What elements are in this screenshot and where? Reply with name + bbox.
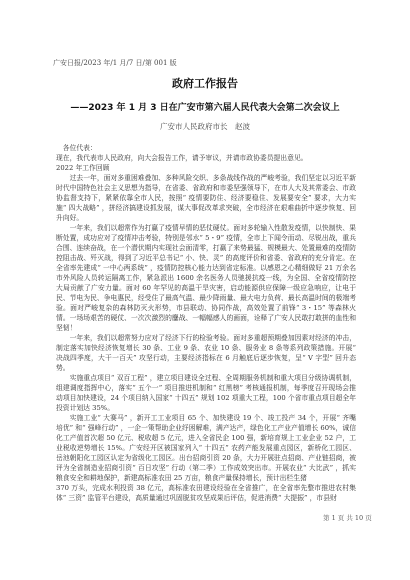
paragraph-intro: 现在，我代表市人民政府，向大会报告工作，请予审议，并请市政协委员提出意见。	[56, 153, 356, 163]
document-page: 广安日报/2023 年/1 月/7 日/第 001 版 政府工作报告 ——202…	[0, 0, 410, 580]
paragraph: 实施工业“ 大赛马” ，新开工工业项目 65 个、加快建设 19 个、竣工投产 …	[56, 413, 356, 483]
paragraph-greeting: 各位代表：	[56, 143, 356, 153]
paragraph: 一年来，我们以超常作为打赢了疫情早情的恶仗硬仗。面对多轮输入性散发疫情，以快制快…	[56, 223, 356, 333]
paragraph: 过去一年，面对多重困难叠加、多种风险交织、多条战线作战的严峻考验，我们坚定以习近…	[56, 173, 356, 223]
author-line: 广安市人民政府市长 赵波	[0, 121, 410, 132]
page-number: 第 1 页 共 10 页	[323, 513, 372, 522]
paragraph: 实施重点项目“ 双百工程” ，建立项目建设全过程、全周期服务机制和重大项目分级协…	[56, 373, 356, 413]
document-subtitle: ——2023 年 1 月 3 日在广安市第六届人民代表大会第二次会议上	[0, 100, 410, 113]
source-line: 广安日报/2023 年/1 月/7 日/第 001 版	[53, 58, 177, 68]
document-title: 政府工作报告	[0, 75, 410, 91]
section-heading: 2022 年工作回顾	[56, 163, 356, 173]
paragraph: 一年来，我们以超常努力应对了经济下行的检验考验。面对多重超预期叠加因素对经济的冲…	[56, 333, 356, 373]
paragraph: 370 万头，完成水利投资 38 亿元，高标准农田建设经验在全省推广，在全省率先…	[56, 483, 356, 503]
document-body: 各位代表： 现在，我代表市人民政府，向大会报告工作，请予审议，并请市政协委员提出…	[56, 143, 356, 503]
